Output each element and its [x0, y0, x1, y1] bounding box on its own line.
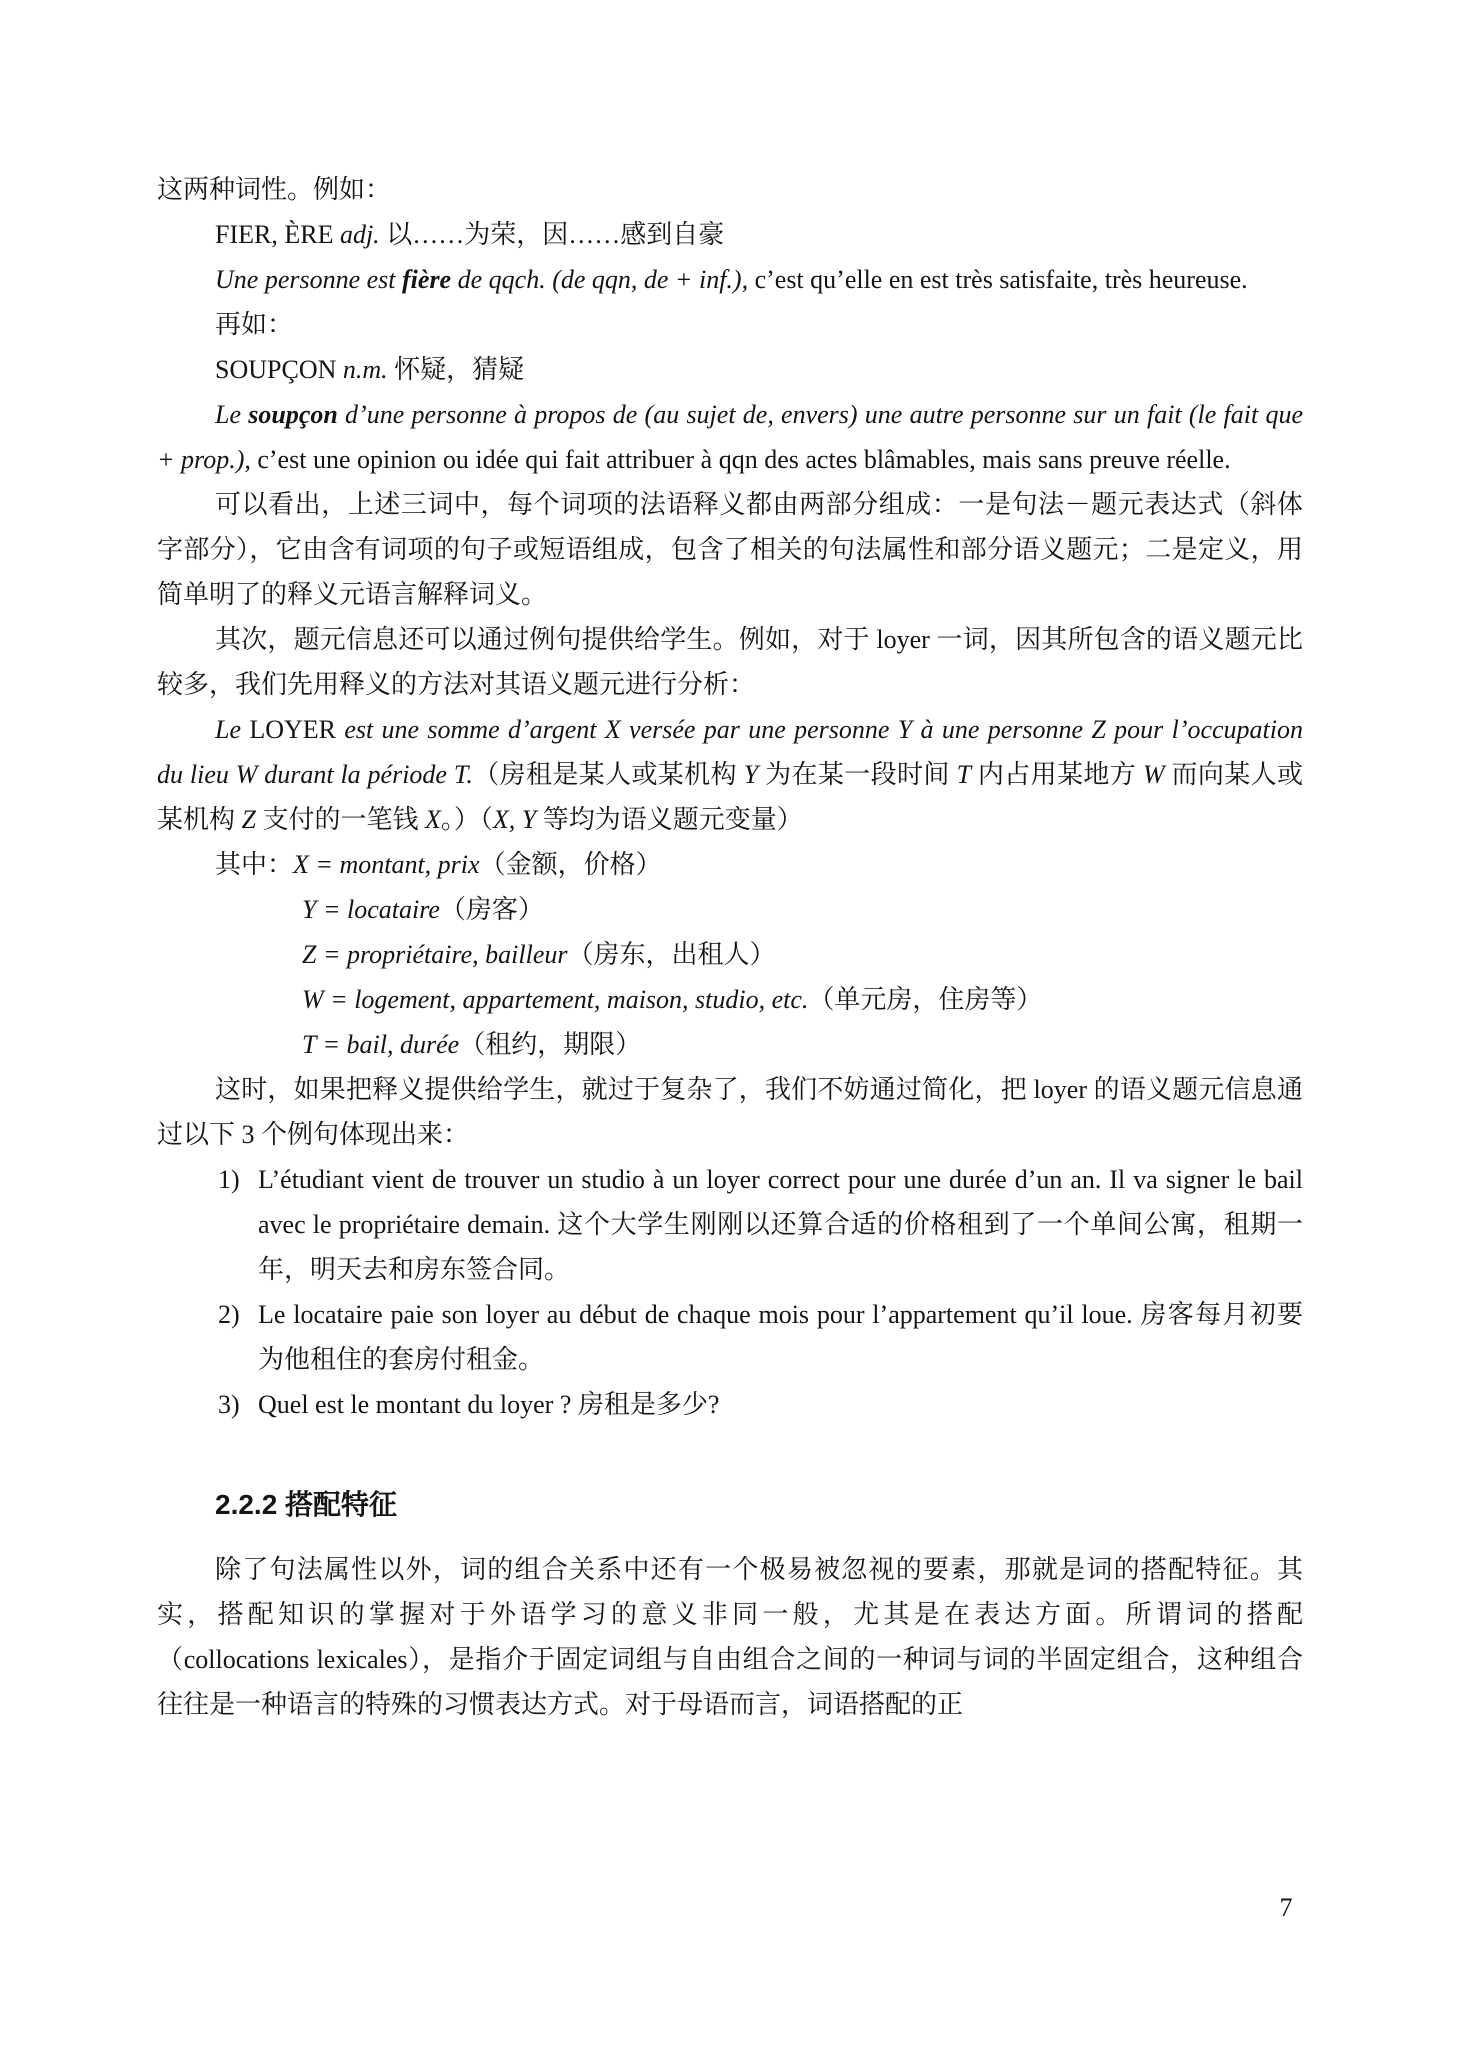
dictionary-entry-soupcon: SOUPÇON n.m. 怀疑，猜疑	[157, 347, 1303, 392]
paragraph-lead: 这两种词性。例如：	[157, 167, 1303, 212]
example-item-1: 1) L’étudiant vient de trouver un studio…	[157, 1157, 1303, 1292]
example-text-1: L’étudiant vient de trouver un studio à …	[258, 1165, 1303, 1284]
variable-line-y: Y = locataire（房客）	[302, 887, 1303, 932]
paragraph-zheshi: 这时，如果把释义提供给学生，就过于复杂了，我们不妨通过简化，把 loyer 的语…	[157, 1067, 1303, 1157]
paragraph-keyikanchu: 可以看出，上述三词中，每个词项的法语释义都由两部分组成：一是句法－题元表达式（斜…	[157, 482, 1303, 617]
variable-line-t: T = bail, durée（租约，期限）	[302, 1022, 1303, 1067]
definition-fier: Une personne est fière de qqch. (de qqn,…	[157, 257, 1303, 302]
paragraph-qici: 其次，题元信息还可以通过例句提供给学生。例如，对于 loyer 一词，因其所包含…	[157, 617, 1303, 707]
page-content: 这两种词性。例如： FIER, ÈRE adj. 以……为荣，因……感到自豪 U…	[157, 167, 1303, 1727]
book-page: { "doc": { "lead": "这两种词性。例如：", "fier_en…	[0, 0, 1457, 2048]
example-text-2: Le locataire paie son loyer au début de …	[258, 1300, 1303, 1374]
variable-line-z: Z = propriétaire, bailleur（房东，出租人）	[302, 932, 1303, 977]
page-number: 7	[1262, 1892, 1310, 1924]
example-marker-2: 2)	[218, 1292, 240, 1337]
example-item-3: 3) Quel est le montant du loyer ? 房租是多少?	[157, 1382, 1303, 1427]
example-item-2: 2) Le locataire paie son loyer au début …	[157, 1292, 1303, 1382]
definition-loyer: Le LOYER est une somme d’argent X versée…	[157, 707, 1303, 842]
paragraph-chule: 除了句法属性以外，词的组合关系中还有一个极易被忽视的要素，那就是词的搭配特征。其…	[157, 1547, 1303, 1727]
section-heading-222: 2.2.2 搭配特征	[215, 1482, 1303, 1527]
variable-line-w: W = logement, appartement, maison, studi…	[302, 977, 1303, 1022]
example-list: 1) L’étudiant vient de trouver un studio…	[157, 1157, 1303, 1427]
example-text-3: Quel est le montant du loyer ? 房租是多少?	[258, 1390, 719, 1419]
dictionary-entry-fier: FIER, ÈRE adj. 以……为荣，因……感到自豪	[157, 212, 1303, 257]
variable-line-x: 其中：X = montant, prix（金额，价格）	[157, 842, 1303, 887]
example-marker-1: 1)	[218, 1157, 240, 1202]
example-marker-3: 3)	[218, 1382, 240, 1427]
paragraph-zairu: 再如：	[157, 302, 1303, 347]
definition-soupcon: Le soupçon d’une personne à propos de (a…	[157, 392, 1303, 482]
